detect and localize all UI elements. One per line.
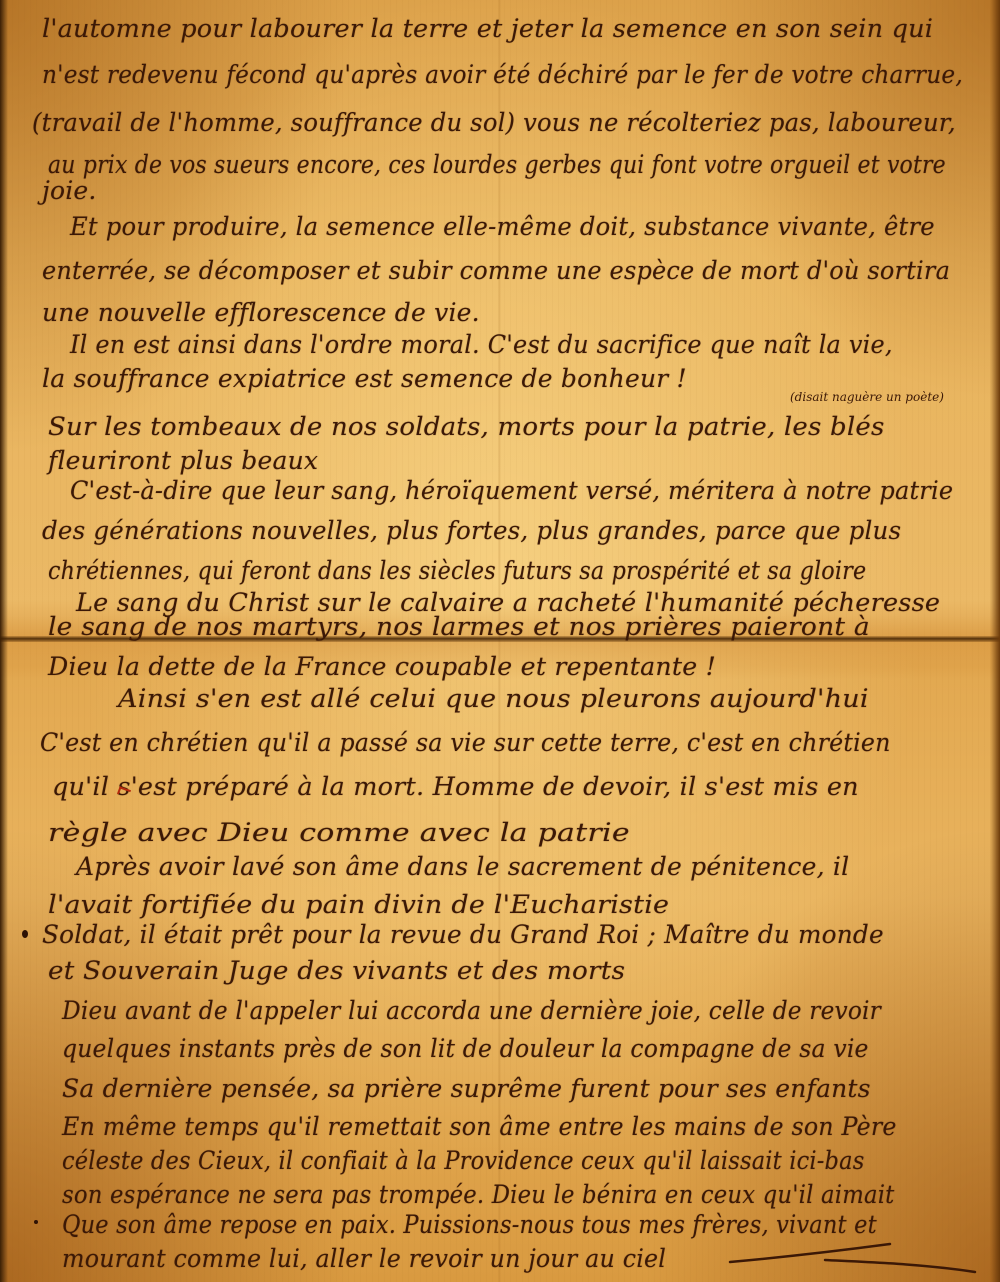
text-line: En même temps qu'il remettait son âme en…: [62, 1112, 897, 1141]
text-line: l'avait fortifiée du pain divin de l'Euc…: [48, 890, 669, 919]
left-edge-shadow: [0, 0, 8, 1282]
ink-dot: [34, 1220, 38, 1224]
text-line: C'est en chrétien qu'il a passé sa vie s…: [40, 728, 891, 757]
text-line: des générations nouvelles, plus fortes, …: [42, 516, 901, 545]
text-line: quelques instants près de son lit de dou…: [62, 1034, 869, 1063]
letter-page: l'automne pour labourer la terre et jete…: [0, 0, 1000, 1282]
right-edge-shadow: [990, 0, 1000, 1282]
text-line: la souffrance expiatrice est semence de …: [42, 364, 687, 393]
text-line: Après avoir lavé son âme dans le sacreme…: [76, 852, 849, 881]
text-line: Dieu avant de l'appeler lui accorda une …: [62, 996, 881, 1025]
text-line: chrétiennes, qui feront dans les siècles…: [48, 556, 866, 585]
margin-note: (disait naguère un poète): [790, 390, 944, 404]
text-line: une nouvelle efflorescence de vie.: [42, 298, 480, 327]
text-line: C'est-à-dire que leur sang, héroïquement…: [70, 476, 953, 505]
text-line: le sang de nos martyrs, nos larmes et no…: [48, 612, 870, 641]
text-line: l'automne pour labourer la terre et jete…: [42, 14, 933, 43]
text-line: joie.: [42, 176, 97, 205]
text-line: Et pour produire, la semence elle-même d…: [70, 212, 935, 241]
text-line: son espérance ne sera pas trompée. Dieu …: [62, 1180, 894, 1209]
ink-dot: [22, 930, 28, 938]
text-line: Sa dernière pensée, sa prière suprême fu…: [62, 1074, 871, 1103]
text-line: fleuriront plus beaux: [48, 446, 318, 475]
text-line: n'est redevenu fécond qu'après avoir été…: [42, 60, 963, 89]
text-line-struck-first-word: céleste des Cieux, il confiait à la Prov…: [62, 1146, 864, 1175]
text-line: Il en est ainsi dans l'ordre moral. C'es…: [70, 330, 893, 359]
text-line: Sur les tombeaux de nos soldats, morts p…: [48, 412, 885, 441]
text-line: au prix de vos sueurs encore, ces lourde…: [48, 150, 946, 179]
text-line: Soldat, il était prêt pour la revue du G…: [42, 920, 884, 949]
text-line: Dieu la dette de la France coupable et r…: [48, 652, 716, 681]
text-line: (travail de l'homme, souffrance du sol) …: [32, 108, 956, 137]
text-line: mourant comme lui, aller le revoir un jo…: [62, 1244, 666, 1273]
text-line: Ainsi s'en est allé celui que nous pleur…: [118, 684, 869, 713]
text-line: qu'il s'est préparé à la mort. Homme de …: [52, 772, 859, 801]
text-line: et Souverain Juge des vivants et des mor…: [48, 956, 625, 985]
text-line: enterrée, se décomposer et subir comme u…: [42, 256, 950, 285]
signature-flourish: [725, 1232, 985, 1282]
text-line: règle avec Dieu comme avec la patrie: [48, 818, 630, 847]
